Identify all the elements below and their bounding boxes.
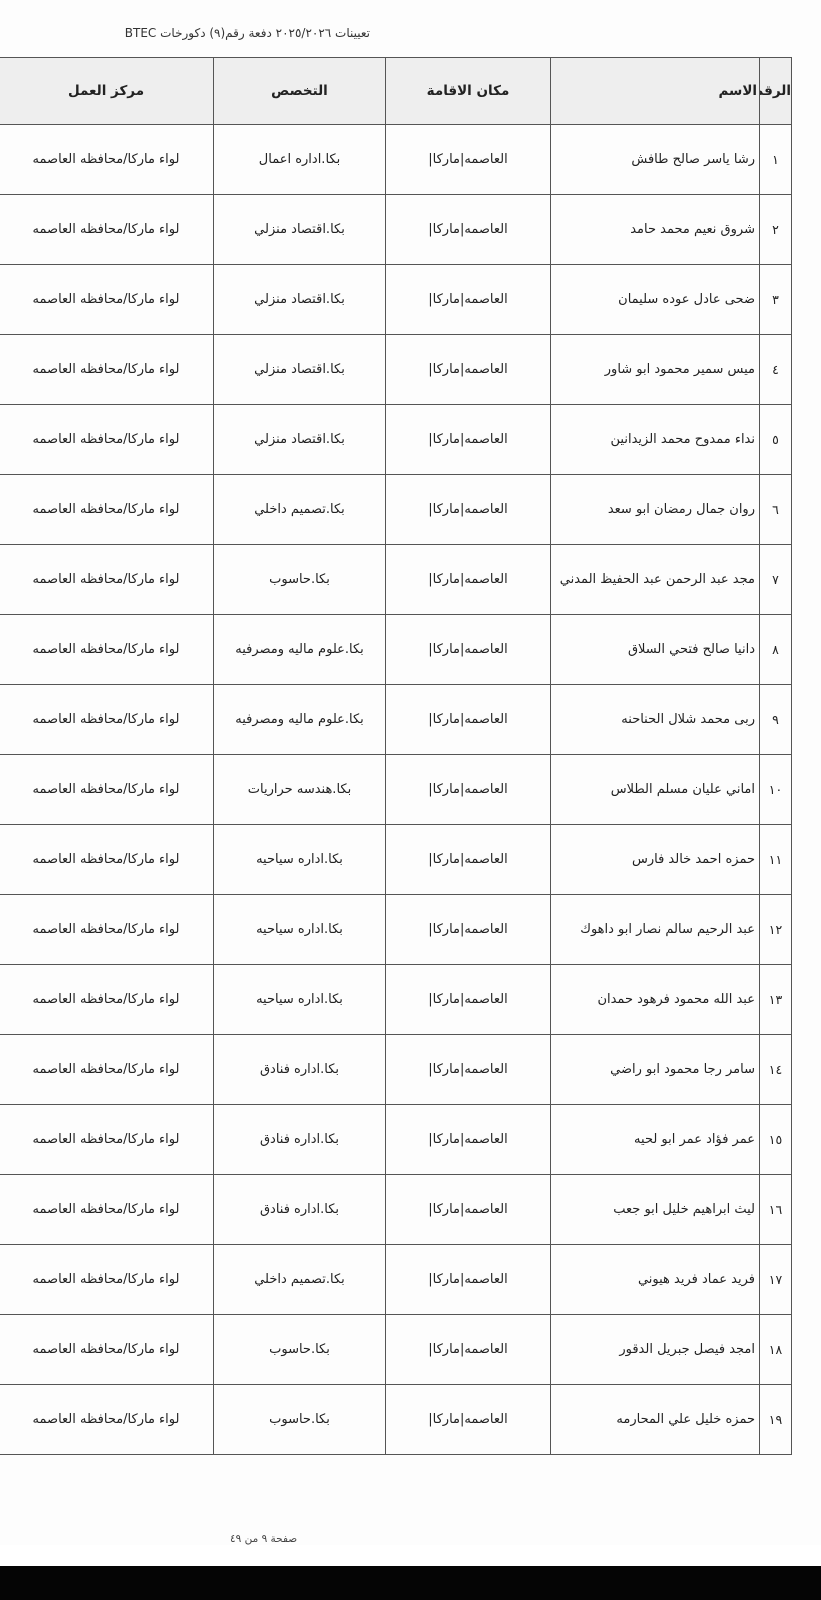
table-row: ١٣عبد الله محمود فرهود حمدانالعاصمه|مارك… [0,965,792,1035]
cell-specialization: بكا.اقتصاد منزلي [214,195,386,265]
table-row: ٧مجد عبد الرحمن عبد الحفيظ المدنيالعاصمه… [0,545,792,615]
cell-number: ٦ [760,475,792,545]
cell-workplace: لواء ماركا/محافظه العاصمه [0,965,214,1035]
header-name: الاسم [551,58,760,125]
cell-name: عمر فؤاد عمر ابو لحيه [551,1105,760,1175]
cell-number: ٥ [760,405,792,475]
document-page: تعيينات ٢٠٢٥/٢٠٢٦ دفعة رقم(٩) دكورخات BT… [0,0,821,1545]
cell-residence: العاصمه|ماركا| [386,1245,551,1315]
cell-workplace: لواء ماركا/محافظه العاصمه [0,895,214,965]
table-body: ١رشا ياسر صالح طافشالعاصمه|ماركا|بكا.ادا… [0,125,792,1455]
table-row: ٦روان جمال رمضان ابو سعدالعاصمه|ماركا|بك… [0,475,792,545]
table-row: ١١حمزه احمد خالد فارسالعاصمه|ماركا|بكا.ا… [0,825,792,895]
cell-name: حمزه خليل علي المحارمه [551,1385,760,1455]
cell-specialization: بكا.اقتصاد منزلي [214,405,386,475]
cell-residence: العاصمه|ماركا| [386,195,551,265]
cell-residence: العاصمه|ماركا| [386,1175,551,1245]
cell-workplace: لواء ماركا/محافظه العاصمه [0,125,214,195]
cell-name: ميس سمير محمود ابو شاور [551,335,760,405]
cell-number: ٣ [760,265,792,335]
cell-number: ٢ [760,195,792,265]
cell-residence: العاصمه|ماركا| [386,965,551,1035]
table-row: ٨دانيا صالح فتحي السلاقالعاصمه|ماركا|بكا… [0,615,792,685]
cell-name: ضحى عادل عوده سليمان [551,265,760,335]
table-row: ١٧فريد عماد فريد هيونيالعاصمه|ماركا|بكا.… [0,1245,792,1315]
cell-workplace: لواء ماركا/محافظه العاصمه [0,335,214,405]
cell-specialization: بكا.اداره سياحيه [214,965,386,1035]
cell-workplace: لواء ماركا/محافظه العاصمه [0,475,214,545]
cell-number: ١٦ [760,1175,792,1245]
cell-name: رشا ياسر صالح طافش [551,125,760,195]
cell-name: ليث ابراهيم خليل ابو جعب [551,1175,760,1245]
cell-number: ١١ [760,825,792,895]
cell-number: ٨ [760,615,792,685]
cell-specialization: بكا.اقتصاد منزلي [214,335,386,405]
header-specialization: التخصص [214,58,386,125]
cell-residence: العاصمه|ماركا| [386,685,551,755]
cell-name: مجد عبد الرحمن عبد الحفيظ المدني [551,545,760,615]
page-number-footer: صفحة ٩ من ٤٩ [230,1533,297,1545]
cell-specialization: بكا.اداره سياحيه [214,825,386,895]
cell-workplace: لواء ماركا/محافظه العاصمه [0,405,214,475]
cell-workplace: لواء ماركا/محافظه العاصمه [0,545,214,615]
cell-number: ١٤ [760,1035,792,1105]
cell-name: دانيا صالح فتحي السلاق [551,615,760,685]
appointments-table: الرقم الاسم مكان الاقامة التخصص مركز الع… [0,57,792,1455]
cell-residence: العاصمه|ماركا| [386,405,551,475]
cell-number: ٤ [760,335,792,405]
cell-name: شروق نعيم محمد حامد [551,195,760,265]
table-row: ٤ميس سمير محمود ابو شاورالعاصمه|ماركا|بك… [0,335,792,405]
cell-workplace: لواء ماركا/محافظه العاصمه [0,825,214,895]
cell-specialization: بكا.حاسوب [214,545,386,615]
cell-number: ٩ [760,685,792,755]
document-title: تعيينات ٢٠٢٥/٢٠٢٦ دفعة رقم(٩) دكورخات BT… [130,26,370,40]
cell-residence: العاصمه|ماركا| [386,825,551,895]
header-workplace: مركز العمل [0,58,214,125]
cell-specialization: بكا.اداره اعمال [214,125,386,195]
cell-residence: العاصمه|ماركا| [386,1315,551,1385]
cell-name: حمزه احمد خالد فارس [551,825,760,895]
cell-name: ربى محمد شلال الحناحنه [551,685,760,755]
cell-workplace: لواء ماركا/محافظه العاصمه [0,265,214,335]
cell-residence: العاصمه|ماركا| [386,1035,551,1105]
cell-specialization: بكا.اداره فنادق [214,1035,386,1105]
cell-workplace: لواء ماركا/محافظه العاصمه [0,1315,214,1385]
cell-residence: العاصمه|ماركا| [386,545,551,615]
cell-name: امجد فيصل جبريل الدقور [551,1315,760,1385]
cell-residence: العاصمه|ماركا| [386,895,551,965]
cell-specialization: بكا.اقتصاد منزلي [214,265,386,335]
cell-name: سامر رجا محمود ابو راضي [551,1035,760,1105]
table-header-row: الرقم الاسم مكان الاقامة التخصص مركز الع… [0,58,792,125]
cell-number: ١ [760,125,792,195]
cell-specialization: بكا.حاسوب [214,1315,386,1385]
table-row: ١رشا ياسر صالح طافشالعاصمه|ماركا|بكا.ادا… [0,125,792,195]
cell-workplace: لواء ماركا/محافظه العاصمه [0,1385,214,1455]
table-row: ١٨امجد فيصل جبريل الدقورالعاصمه|ماركا|بك… [0,1315,792,1385]
table-row: ١٦ليث ابراهيم خليل ابو جعبالعاصمه|ماركا|… [0,1175,792,1245]
cell-name: فريد عماد فريد هيوني [551,1245,760,1315]
cell-workplace: لواء ماركا/محافظه العاصمه [0,615,214,685]
cell-number: ١٢ [760,895,792,965]
cell-specialization: بكا.اداره فنادق [214,1105,386,1175]
header-number: الرقم [760,58,792,125]
cell-specialization: بكا.تصميم داخلي [214,1245,386,1315]
cell-number: ١٩ [760,1385,792,1455]
table-row: ١٥عمر فؤاد عمر ابو لحيهالعاصمه|ماركا|بكا… [0,1105,792,1175]
cell-specialization: بكا.اداره سياحيه [214,895,386,965]
cell-specialization: بكا.تصميم داخلي [214,475,386,545]
cell-number: ١٠ [760,755,792,825]
cell-specialization: بكا.هندسه حراريات [214,755,386,825]
table-row: ٩ربى محمد شلال الحناحنهالعاصمه|ماركا|بكا… [0,685,792,755]
cell-workplace: لواء ماركا/محافظه العاصمه [0,755,214,825]
cell-workplace: لواء ماركا/محافظه العاصمه [0,1035,214,1105]
table-row: ٢شروق نعيم محمد حامدالعاصمه|ماركا|بكا.اق… [0,195,792,265]
cell-residence: العاصمه|ماركا| [386,1385,551,1455]
cell-name: اماني عليان مسلم الطلاس [551,755,760,825]
cell-number: ١٥ [760,1105,792,1175]
cell-workplace: لواء ماركا/محافظه العاصمه [0,1175,214,1245]
header-residence: مكان الاقامة [386,58,551,125]
cell-residence: العاصمه|ماركا| [386,475,551,545]
cell-workplace: لواء ماركا/محافظه العاصمه [0,685,214,755]
cell-name: عبد الرحيم سالم نصار ابو داهوك [551,895,760,965]
cell-residence: العاصمه|ماركا| [386,125,551,195]
table-row: ١٠اماني عليان مسلم الطلاسالعاصمه|ماركا|ب… [0,755,792,825]
cell-residence: العاصمه|ماركا| [386,755,551,825]
cell-residence: العاصمه|ماركا| [386,265,551,335]
cell-specialization: بكا.علوم ماليه ومصرفيه [214,685,386,755]
table-row: ٣ضحى عادل عوده سليمانالعاصمه|ماركا|بكا.ا… [0,265,792,335]
cell-name: نداء ممدوح محمد الزيدانين [551,405,760,475]
cell-number: ١٨ [760,1315,792,1385]
cell-residence: العاصمه|ماركا| [386,615,551,685]
cell-name: عبد الله محمود فرهود حمدان [551,965,760,1035]
table-row: ١٤سامر رجا محمود ابو راضيالعاصمه|ماركا|ب… [0,1035,792,1105]
cell-residence: العاصمه|ماركا| [386,335,551,405]
cell-workplace: لواء ماركا/محافظه العاصمه [0,1105,214,1175]
cell-residence: العاصمه|ماركا| [386,1105,551,1175]
cell-name: روان جمال رمضان ابو سعد [551,475,760,545]
cell-number: ١٧ [760,1245,792,1315]
table-row: ٥نداء ممدوح محمد الزيدانينالعاصمه|ماركا|… [0,405,792,475]
cell-number: ١٣ [760,965,792,1035]
cell-specialization: بكا.حاسوب [214,1385,386,1455]
cell-workplace: لواء ماركا/محافظه العاصمه [0,195,214,265]
table-row: ١٩حمزه خليل علي المحارمهالعاصمه|ماركا|بك… [0,1385,792,1455]
cell-specialization: بكا.علوم ماليه ومصرفيه [214,615,386,685]
cell-specialization: بكا.اداره فنادق [214,1175,386,1245]
cell-workplace: لواء ماركا/محافظه العاصمه [0,1245,214,1315]
table-row: ١٢عبد الرحيم سالم نصار ابو داهوكالعاصمه|… [0,895,792,965]
scan-edge-band [0,1566,821,1600]
cell-number: ٧ [760,545,792,615]
